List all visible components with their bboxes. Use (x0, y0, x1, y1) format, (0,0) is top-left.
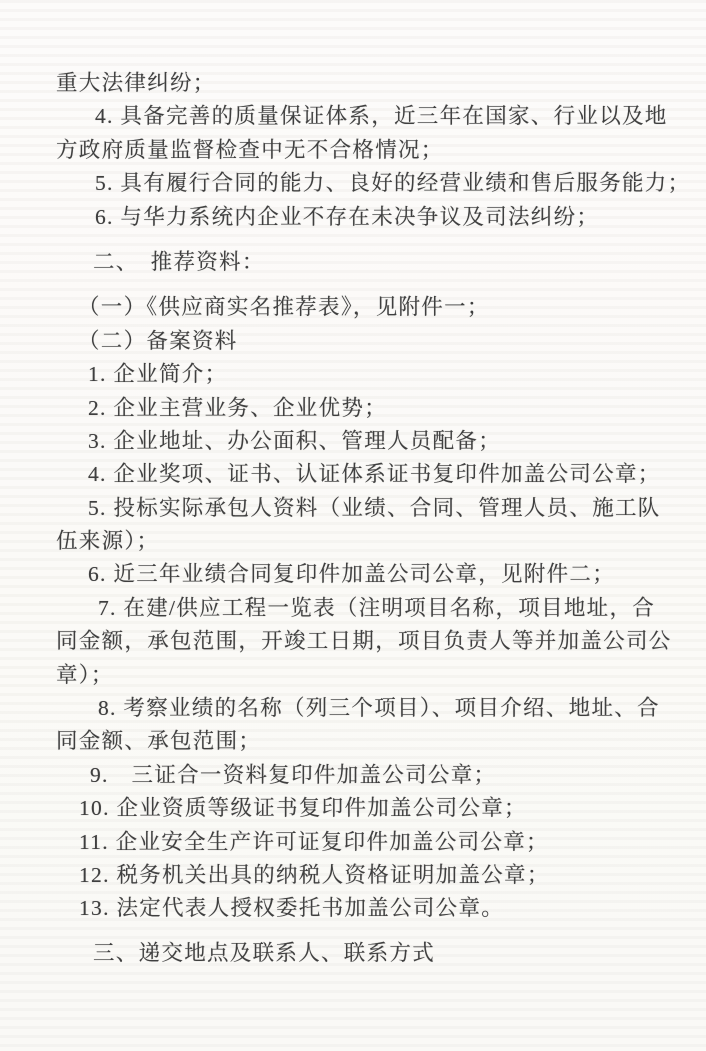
qualification-item-6: 6. 与华力系统内企业不存在未决争议及司法纠纷； (56, 201, 680, 234)
material-item-6: 6. 近三年业绩合同复印件加盖公司公章，见附件二； (56, 558, 680, 591)
material-item-3: 3. 企业地址、办公面积、管理人员配备； (56, 425, 680, 458)
material-item-1: 1. 企业简介； (56, 358, 680, 391)
material-item-5-line-2: 伍来源）； (56, 525, 680, 558)
qualification-item-5: 5. 具有履行合同的能力、良好的经营业绩和售后服务能力； (56, 167, 680, 200)
material-item-9: 9. 三证合一资料复印件加盖公司公章； (56, 759, 680, 792)
paragraph-continuation-legal-disputes: 重大法律纠纷； (56, 67, 680, 100)
material-item-4: 4. 企业奖项、证书、认证体系证书复印件加盖公司公章； (56, 458, 680, 491)
material-item-11: 11. 企业安全生产许可证复印件加盖公司公章； (56, 826, 680, 859)
section-heading-2-recommend-materials: 二、 推荐资料： (56, 246, 680, 279)
material-item-7-line-3: 章）； (56, 659, 680, 692)
material-item-12: 12. 税务机关出具的纳税人资格证明加盖公章； (56, 859, 680, 892)
material-item-10: 10. 企业资质等级证书复印件加盖公司公章； (56, 792, 680, 825)
material-item-7-line-1: 7. 在建/供应工程一览表（注明项目名称，项目地址，合 (56, 592, 680, 625)
material-item-13: 13. 法定代表人授权委托书加盖公司公章。 (56, 892, 680, 925)
section-heading-3-submission-contact: 三、递交地点及联系人、联系方式 (56, 937, 680, 970)
material-item-5-line-1: 5. 投标实际承包人资料（业绩、合同、管理人员、施工队 (56, 492, 680, 525)
material-item-8-line-1: 8. 考察业绩的名称（列三个项目）、项目介绍、地址、合 (56, 692, 680, 725)
material-item-2: 2. 企业主营业务、企业优势； (56, 392, 680, 425)
subsection-2-filing-materials: （二）备案资料 (56, 325, 680, 358)
qualification-item-4-line-2: 方政府质量监督检查中无不合格情况； (56, 134, 680, 167)
subsection-1-recommend-form: （一）《供应商实名推荐表》，见附件一； (56, 291, 680, 324)
material-item-8-line-2: 同金额、承包范围； (56, 725, 680, 758)
material-item-7-line-2: 同金额，承包范围，开竣工日期，项目负责人等并加盖公司公 (56, 625, 680, 658)
document-body: 重大法律纠纷； 4. 具备完善的质量保证体系，近三年在国家、行业以及地 方政府质… (0, 0, 706, 970)
scanned-document-page: 重大法律纠纷； 4. 具备完善的质量保证体系，近三年在国家、行业以及地 方政府质… (0, 0, 706, 1051)
qualification-item-4-line-1: 4. 具备完善的质量保证体系，近三年在国家、行业以及地 (56, 100, 680, 133)
